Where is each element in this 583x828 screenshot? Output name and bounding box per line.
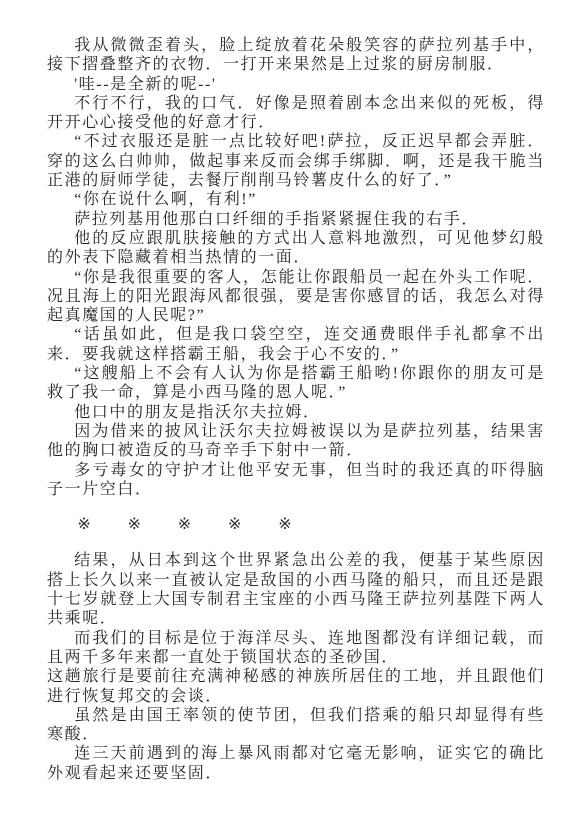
paragraph: “这艘船上不会有人认为你是搭霸王船哟!你跟你的朋友可是救了我一命，算是小西马隆的… bbox=[47, 364, 545, 403]
story-section-bottom: 结果，从日本到这个世界紧急出公差的我，便基于某些原因搭上长久以来一直被认定是敌国… bbox=[47, 551, 545, 783]
paragraph: 因为借来的披风让沃尔夫拉姆被误以为是萨拉列基，结果害他的胸口被造反的马奇辛手下射… bbox=[47, 422, 545, 461]
paragraph: “你在说什么啊，有利!” bbox=[47, 190, 545, 209]
paragraph: 连三天前遇到的海上暴风雨都对它毫无影响，证实它的确比外观看起来还要坚固． bbox=[47, 744, 545, 783]
paragraph: 他的反应跟肌肤接触的方式出人意料地激烈，可见他梦幻般的外表下隐藏着相当热情的一面… bbox=[47, 229, 545, 268]
paragraph: 他口中的朋友是指沃尔夫拉姆． bbox=[47, 403, 545, 422]
paragraph: 不行不行，我的口气．好像是照着剧本念出来似的死板，得开开心心接受他的好意才行． bbox=[47, 94, 545, 133]
paragraph: 这趟旅行是要前往充满神秘感的神族所居住的工地，并且跟他们进行恢复邦交的会谈． bbox=[47, 667, 545, 706]
book-page: 我从微微歪着头，脸上绽放着花朵般笑容的萨拉列基手中，接下摺叠整齐的衣物．一打开来… bbox=[0, 0, 583, 828]
paragraph: “不过衣服还是脏一点比较好吧!萨拉，反正迟早都会弄脏．穿的这么白帅帅，做起事来反… bbox=[47, 132, 545, 190]
paragraph: 多亏毒女的守护才让他平安无事，但当时的我还真的吓得脑子一片空白． bbox=[47, 461, 545, 500]
paragraph: “你是我很重要的客人，怎能让你跟船员一起在外头工作呢．况且海上的阳光跟海风都很强… bbox=[47, 268, 545, 326]
paragraph: 萨拉列基用他那白口纤细的手指紧紧握住我的右手． bbox=[47, 210, 545, 229]
paragraph: 而我们的目标是位于海洋尽头、连地图都没有详细记载，而且两千多年来都一直处于锁国状… bbox=[47, 629, 545, 668]
paragraph: 我从微微歪着头，脸上绽放着花朵般笑容的萨拉列基手中，接下摺叠整齐的衣物．一打开来… bbox=[47, 36, 545, 75]
paragraph: 结果，从日本到这个世界紧急出公差的我，便基于某些原因搭上长久以来一直被认定是敌国… bbox=[47, 551, 545, 628]
scene-break-separator: ※ ※ ※ ※ ※ bbox=[47, 515, 545, 534]
paragraph: “话虽如此，但是我口袋空空，连交通费眼伴手礼都拿不出来．要我就这样搭霸王船，我会… bbox=[47, 325, 545, 364]
paragraph: 虽然是由国王率领的使节团，但我们搭乘的船只却显得有些寒酸． bbox=[47, 706, 545, 745]
paragraph: '哇--是全新的呢--' bbox=[47, 75, 545, 94]
story-section-top: 我从微微歪着头，脸上绽放着花朵般笑容的萨拉列基手中，接下摺叠整齐的衣物．一打开来… bbox=[47, 36, 545, 499]
